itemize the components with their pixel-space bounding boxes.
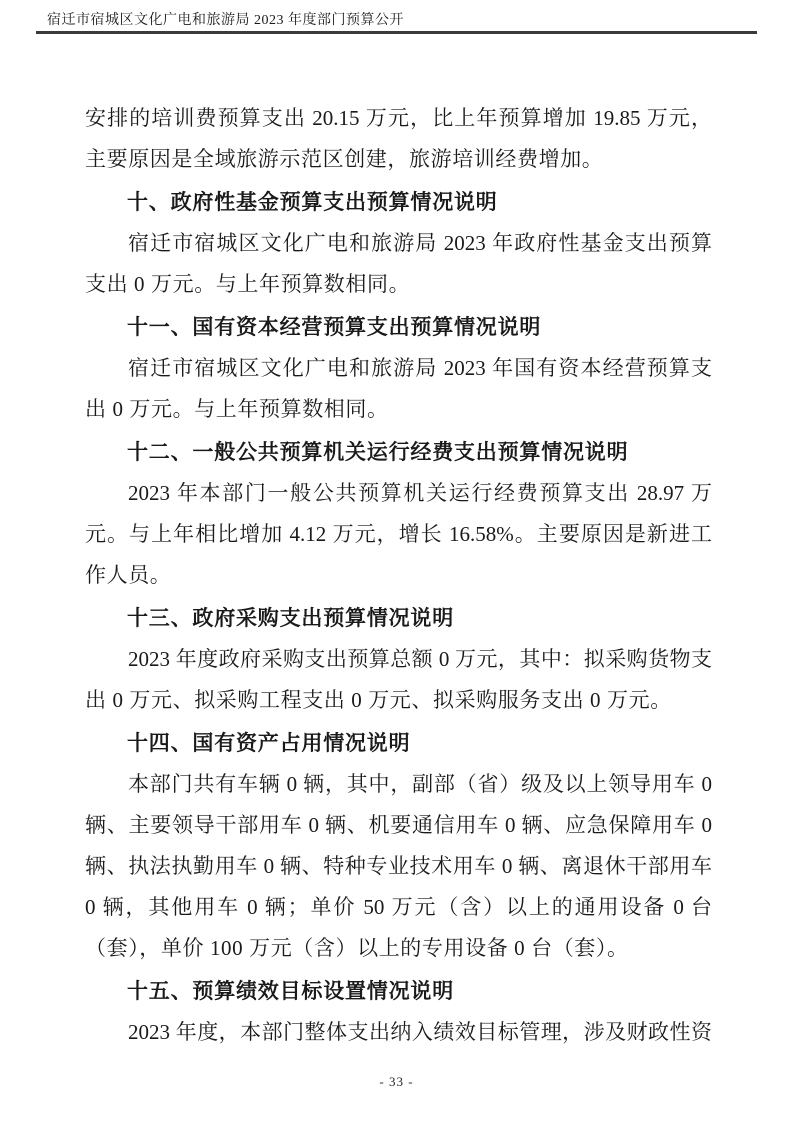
paragraph-line: 主要原因是全域旅游示范区创建，旅游培训经费增加。 (85, 139, 712, 180)
section-heading: 十四、国有资产占用情况说明 (85, 723, 712, 764)
paragraph-line: 出 0 万元。与上年预算数相同。 (85, 389, 712, 430)
header-rule (36, 31, 757, 34)
paragraph-line: 2023 年度，本部门整体支出纳入绩效目标管理，涉及财政性资 (85, 1012, 712, 1053)
paragraph-line: 宿迁市宿城区文化广电和旅游局 2023 年政府性基金支出预算 (85, 223, 712, 264)
page: 宿迁市宿城区文化广电和旅游局 2023 年度部门预算公开 安排的培训费预算支出 … (0, 0, 793, 1122)
paragraph-line: 支出 0 万元。与上年预算数相同。 (85, 264, 712, 305)
section-heading: 十五、预算绩效目标设置情况说明 (85, 971, 712, 1012)
paragraph-line: 出 0 万元、拟采购工程支出 0 万元、拟采购服务支出 0 万元。 (85, 680, 712, 721)
paragraph-line: 安排的培训费预算支出 20.15 万元，比上年预算增加 19.85 万元， (85, 98, 712, 139)
section-heading: 十三、政府采购支出预算情况说明 (85, 598, 712, 639)
paragraph-line: 本部门共有车辆 0 辆，其中，副部（省）级及以上领导用车 0 (85, 764, 712, 805)
page-header: 宿迁市宿城区文化广电和旅游局 2023 年度部门预算公开 (36, 12, 757, 34)
paragraph-line: 辆、执法执勤用车 0 辆、特种专业技术用车 0 辆、离退休干部用车 (85, 846, 712, 887)
paragraph-line: 辆、主要领导干部用车 0 辆、机要通信用车 0 辆、应急保障用车 0 (85, 805, 712, 846)
paragraph-line: 2023 年度政府采购支出预算总额 0 万元，其中：拟采购货物支 (85, 639, 712, 680)
page-number: - 33 - (379, 1074, 413, 1089)
paragraph-line: 作人员。 (85, 555, 712, 596)
paragraph-line: 宿迁市宿城区文化广电和旅游局 2023 年国有资本经营预算支 (85, 348, 712, 389)
paragraph-line: 元。与上年相比增加 4.12 万元，增长 16.58%。主要原因是新进工 (85, 514, 712, 555)
document-body: 安排的培训费预算支出 20.15 万元，比上年预算增加 19.85 万元，主要原… (85, 98, 712, 1053)
paragraph-line: 0 辆，其他用车 0 辆；单价 50 万元（含）以上的通用设备 0 台 (85, 887, 712, 928)
section-heading: 十二、一般公共预算机关运行经费支出预算情况说明 (85, 432, 712, 473)
section-heading: 十、政府性基金预算支出预算情况说明 (85, 182, 712, 223)
paragraph-line: 2023 年本部门一般公共预算机关运行经费预算支出 28.97 万 (85, 473, 712, 514)
page-footer: - 33 - (0, 1073, 793, 1091)
header-title: 宿迁市宿城区文化广电和旅游局 2023 年度部门预算公开 (36, 12, 757, 29)
paragraph-line: （套），单价 100 万元（含）以上的专用设备 0 台（套）。 (85, 928, 712, 969)
section-heading: 十一、国有资本经营预算支出预算情况说明 (85, 307, 712, 348)
